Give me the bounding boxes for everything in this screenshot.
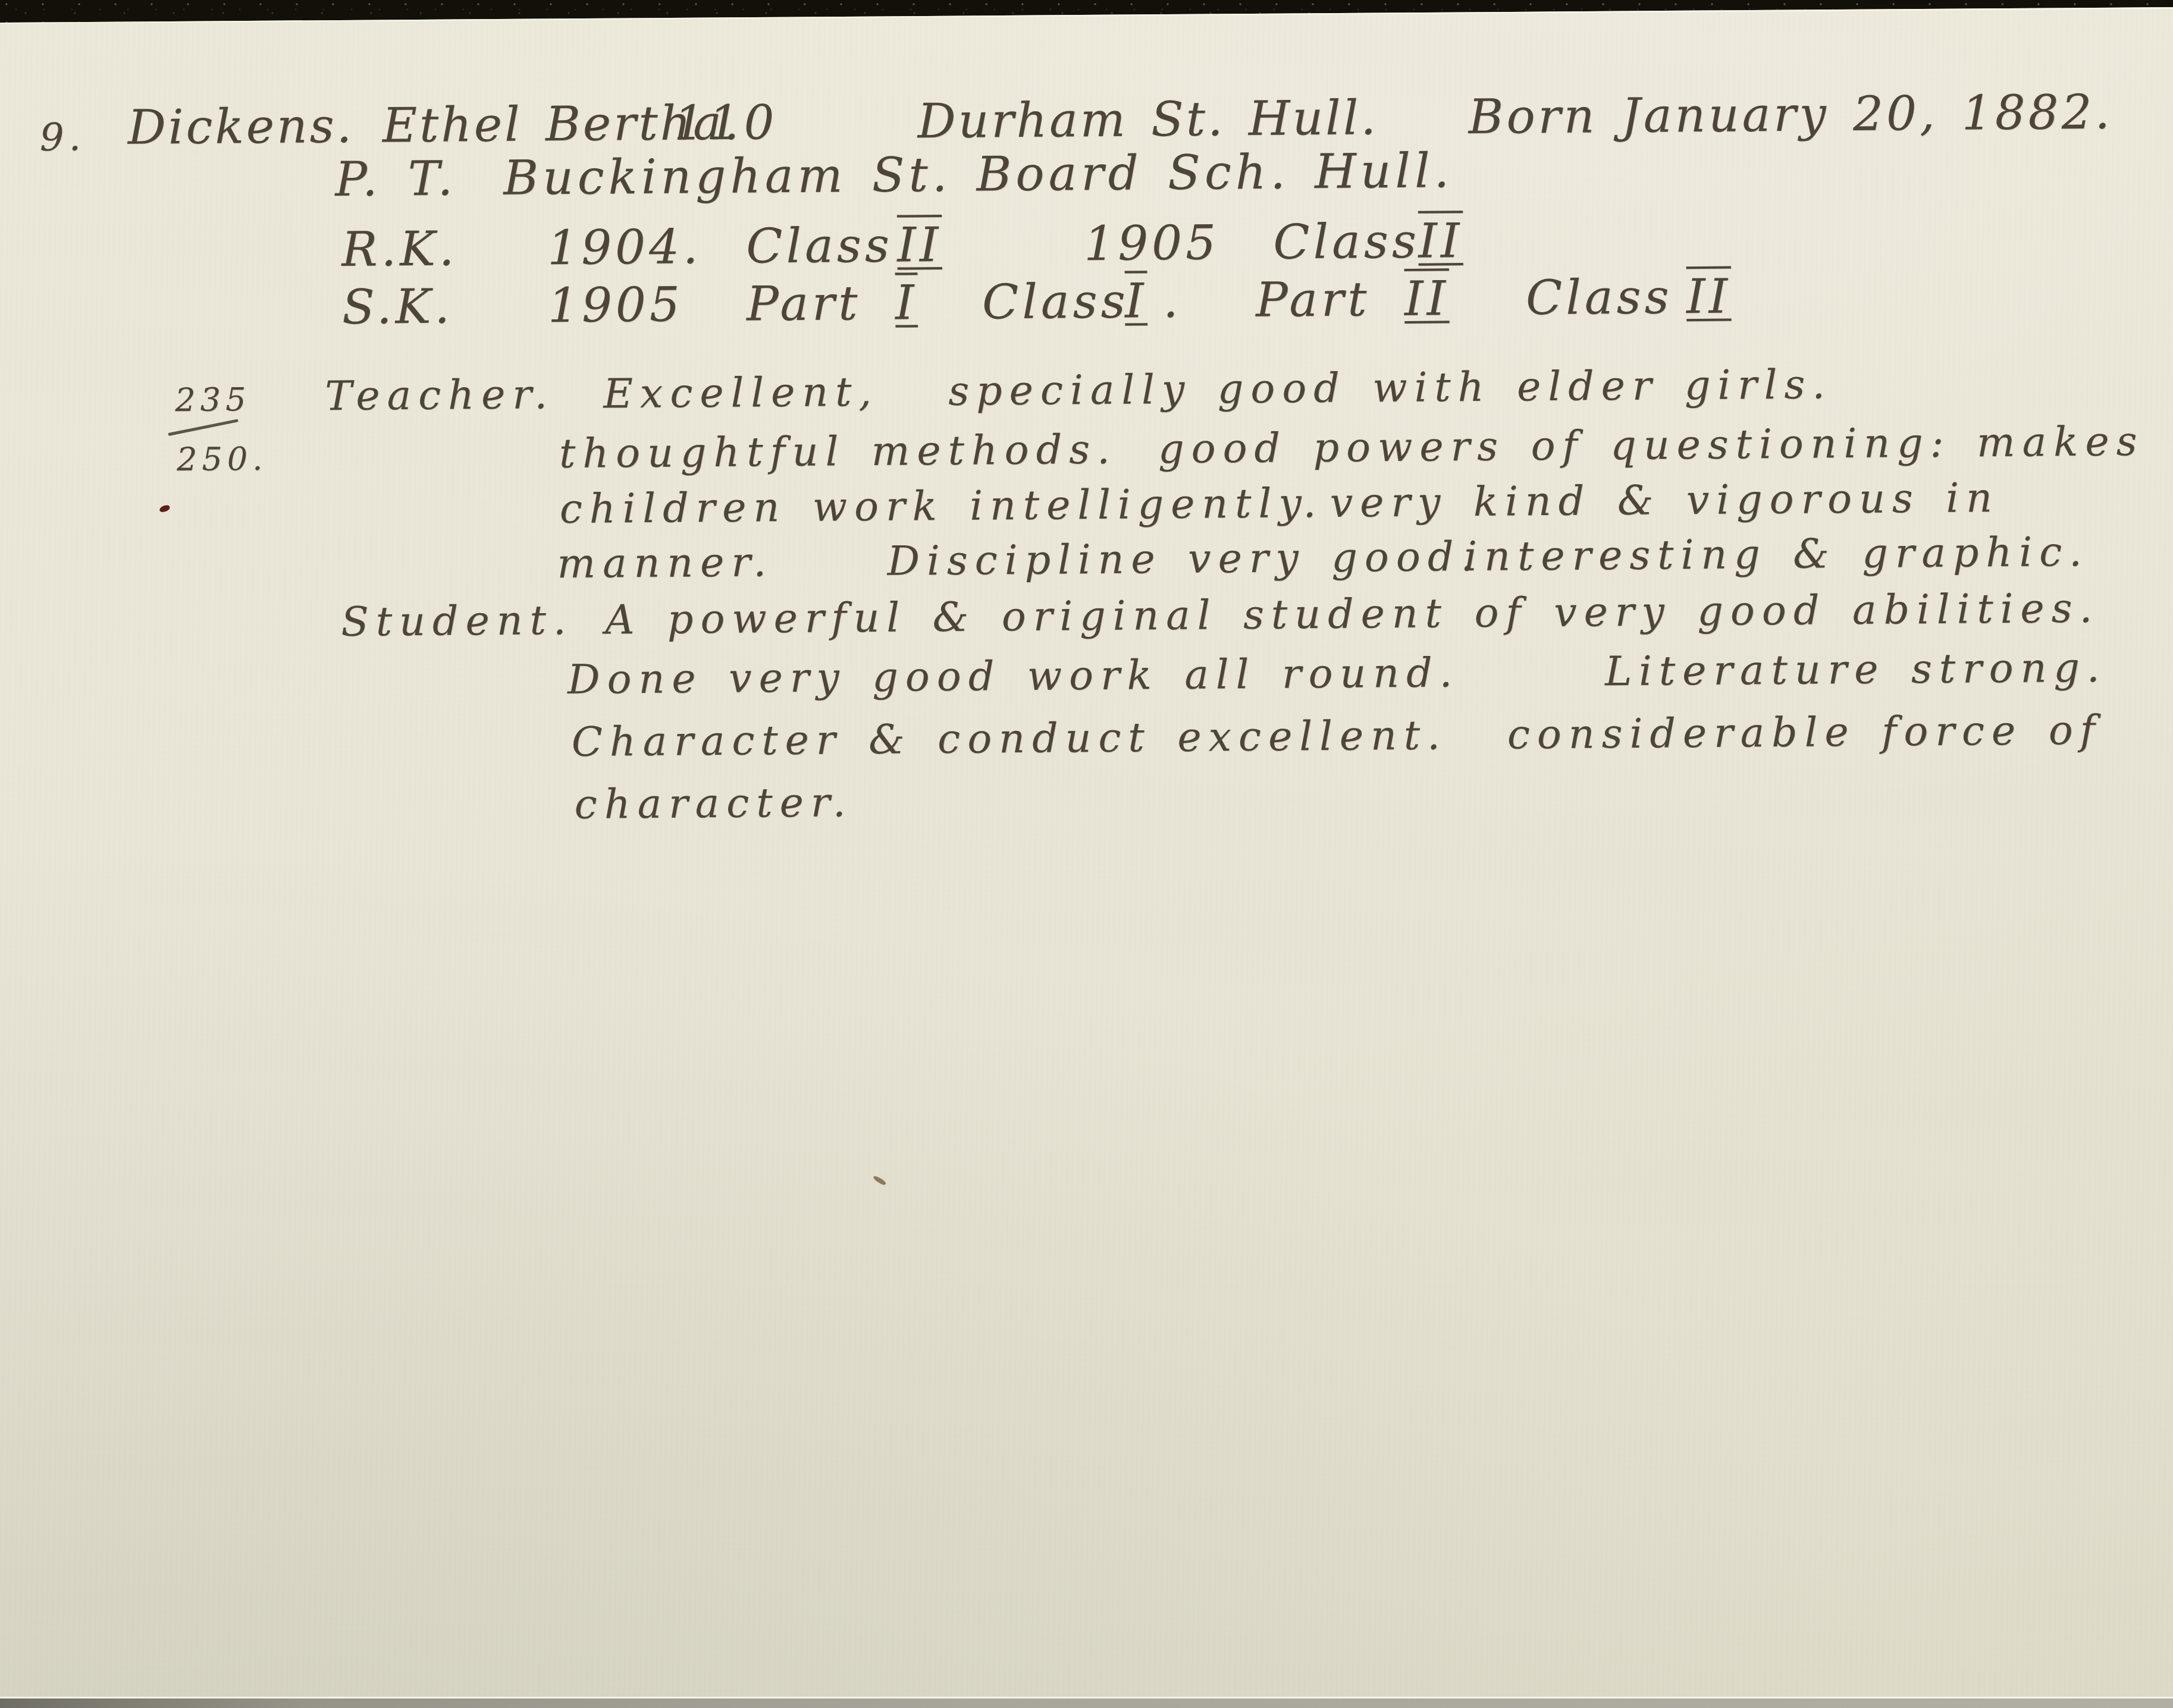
student-report-line3b: considerable force of bbox=[1507, 711, 2103, 756]
teacher-label: Teacher. bbox=[325, 375, 554, 417]
record-card-paper: 235 250. 9.Dickens.Ethel Bertha.110Durha… bbox=[0, 0, 2173, 1698]
score-fraction-bar bbox=[168, 419, 239, 436]
teacher-report-line4c: interesting & graphic. bbox=[1464, 532, 2089, 577]
handwriting-layer: 235 250. 9.Dickens.Ethel Bertha.110Durha… bbox=[0, 0, 2173, 1698]
sk-class-word-2: Class bbox=[1526, 273, 1673, 322]
teacher-report-line3b: very kind & vigorous in bbox=[1329, 478, 1999, 524]
rk-year-1: 1904. bbox=[547, 223, 702, 272]
exam-sk-label: S.K. bbox=[342, 282, 453, 331]
rk-year-2: 1905 bbox=[1084, 219, 1219, 268]
entry-number: 9. bbox=[40, 118, 86, 157]
sk-part-numeral-1: I bbox=[895, 279, 918, 326]
scanned-record-card: 235 250. 9.Dickens.Ethel Bertha.110Durha… bbox=[0, 0, 2173, 1708]
rk-class-word-2: Class bbox=[1273, 218, 1420, 266]
sk-class-numeral-2: II bbox=[1686, 273, 1732, 321]
teacher-report-line3a: children work intelligently. bbox=[559, 483, 1323, 530]
student-report-line4: character. bbox=[574, 783, 852, 825]
teacher-report-line2b: good powers of questioning: makes bbox=[1158, 422, 2144, 470]
rk-class-numeral-2: II bbox=[1418, 217, 1463, 265]
scan-background-bottom bbox=[0, 1698, 2173, 1708]
student-report-line2a: Done very good work all round. bbox=[567, 653, 1460, 701]
exam-rk-label: R.K. bbox=[341, 225, 457, 274]
sk-part-word-2: Part bbox=[1256, 275, 1371, 324]
sk-period: . bbox=[1163, 277, 1182, 325]
sk-year: 1905 bbox=[548, 281, 683, 329]
street-town: Durham St. Hull. bbox=[917, 94, 1378, 145]
paper-speck bbox=[872, 1175, 886, 1186]
sk-class-numeral-1: I bbox=[1125, 277, 1147, 325]
student-report-line3a: Character & conduct excellent. bbox=[572, 715, 1447, 763]
teacher-report-line1a: Excellent, bbox=[603, 372, 879, 415]
sk-class-word-1: Class bbox=[982, 278, 1129, 326]
rk-class-numeral-1: II bbox=[897, 221, 942, 269]
red-ink-dot bbox=[159, 504, 171, 513]
score-denominator: 250. bbox=[177, 443, 268, 476]
teacher-report-line4a: manner. bbox=[557, 542, 773, 585]
house-number: 110 bbox=[673, 99, 779, 147]
pupil-teacher-label: P. T. bbox=[335, 155, 457, 203]
teacher-report-line1b: specially good with elder girls. bbox=[948, 365, 1832, 412]
surname: Dickens. bbox=[127, 102, 354, 152]
score-numerator: 235 bbox=[175, 384, 250, 416]
student-label: Student. bbox=[341, 601, 573, 643]
student-report-line2b: Literature strong. bbox=[1605, 648, 2107, 693]
sk-part-word-1: Part bbox=[747, 280, 861, 328]
birth-date: Born January 20, 1882. bbox=[1468, 89, 2113, 142]
sk-part-numeral-2: II bbox=[1404, 275, 1450, 323]
student-report-line1: A powerful & original student of very go… bbox=[605, 589, 2099, 641]
teacher-report-line2a: thoughtful methods. bbox=[559, 430, 1117, 475]
rk-class-word-1: Class bbox=[746, 222, 893, 271]
school: Buckingham St. Board Sch. Hull. bbox=[503, 147, 1453, 202]
teacher-report-line4b: Discipline very good. bbox=[887, 537, 1481, 582]
